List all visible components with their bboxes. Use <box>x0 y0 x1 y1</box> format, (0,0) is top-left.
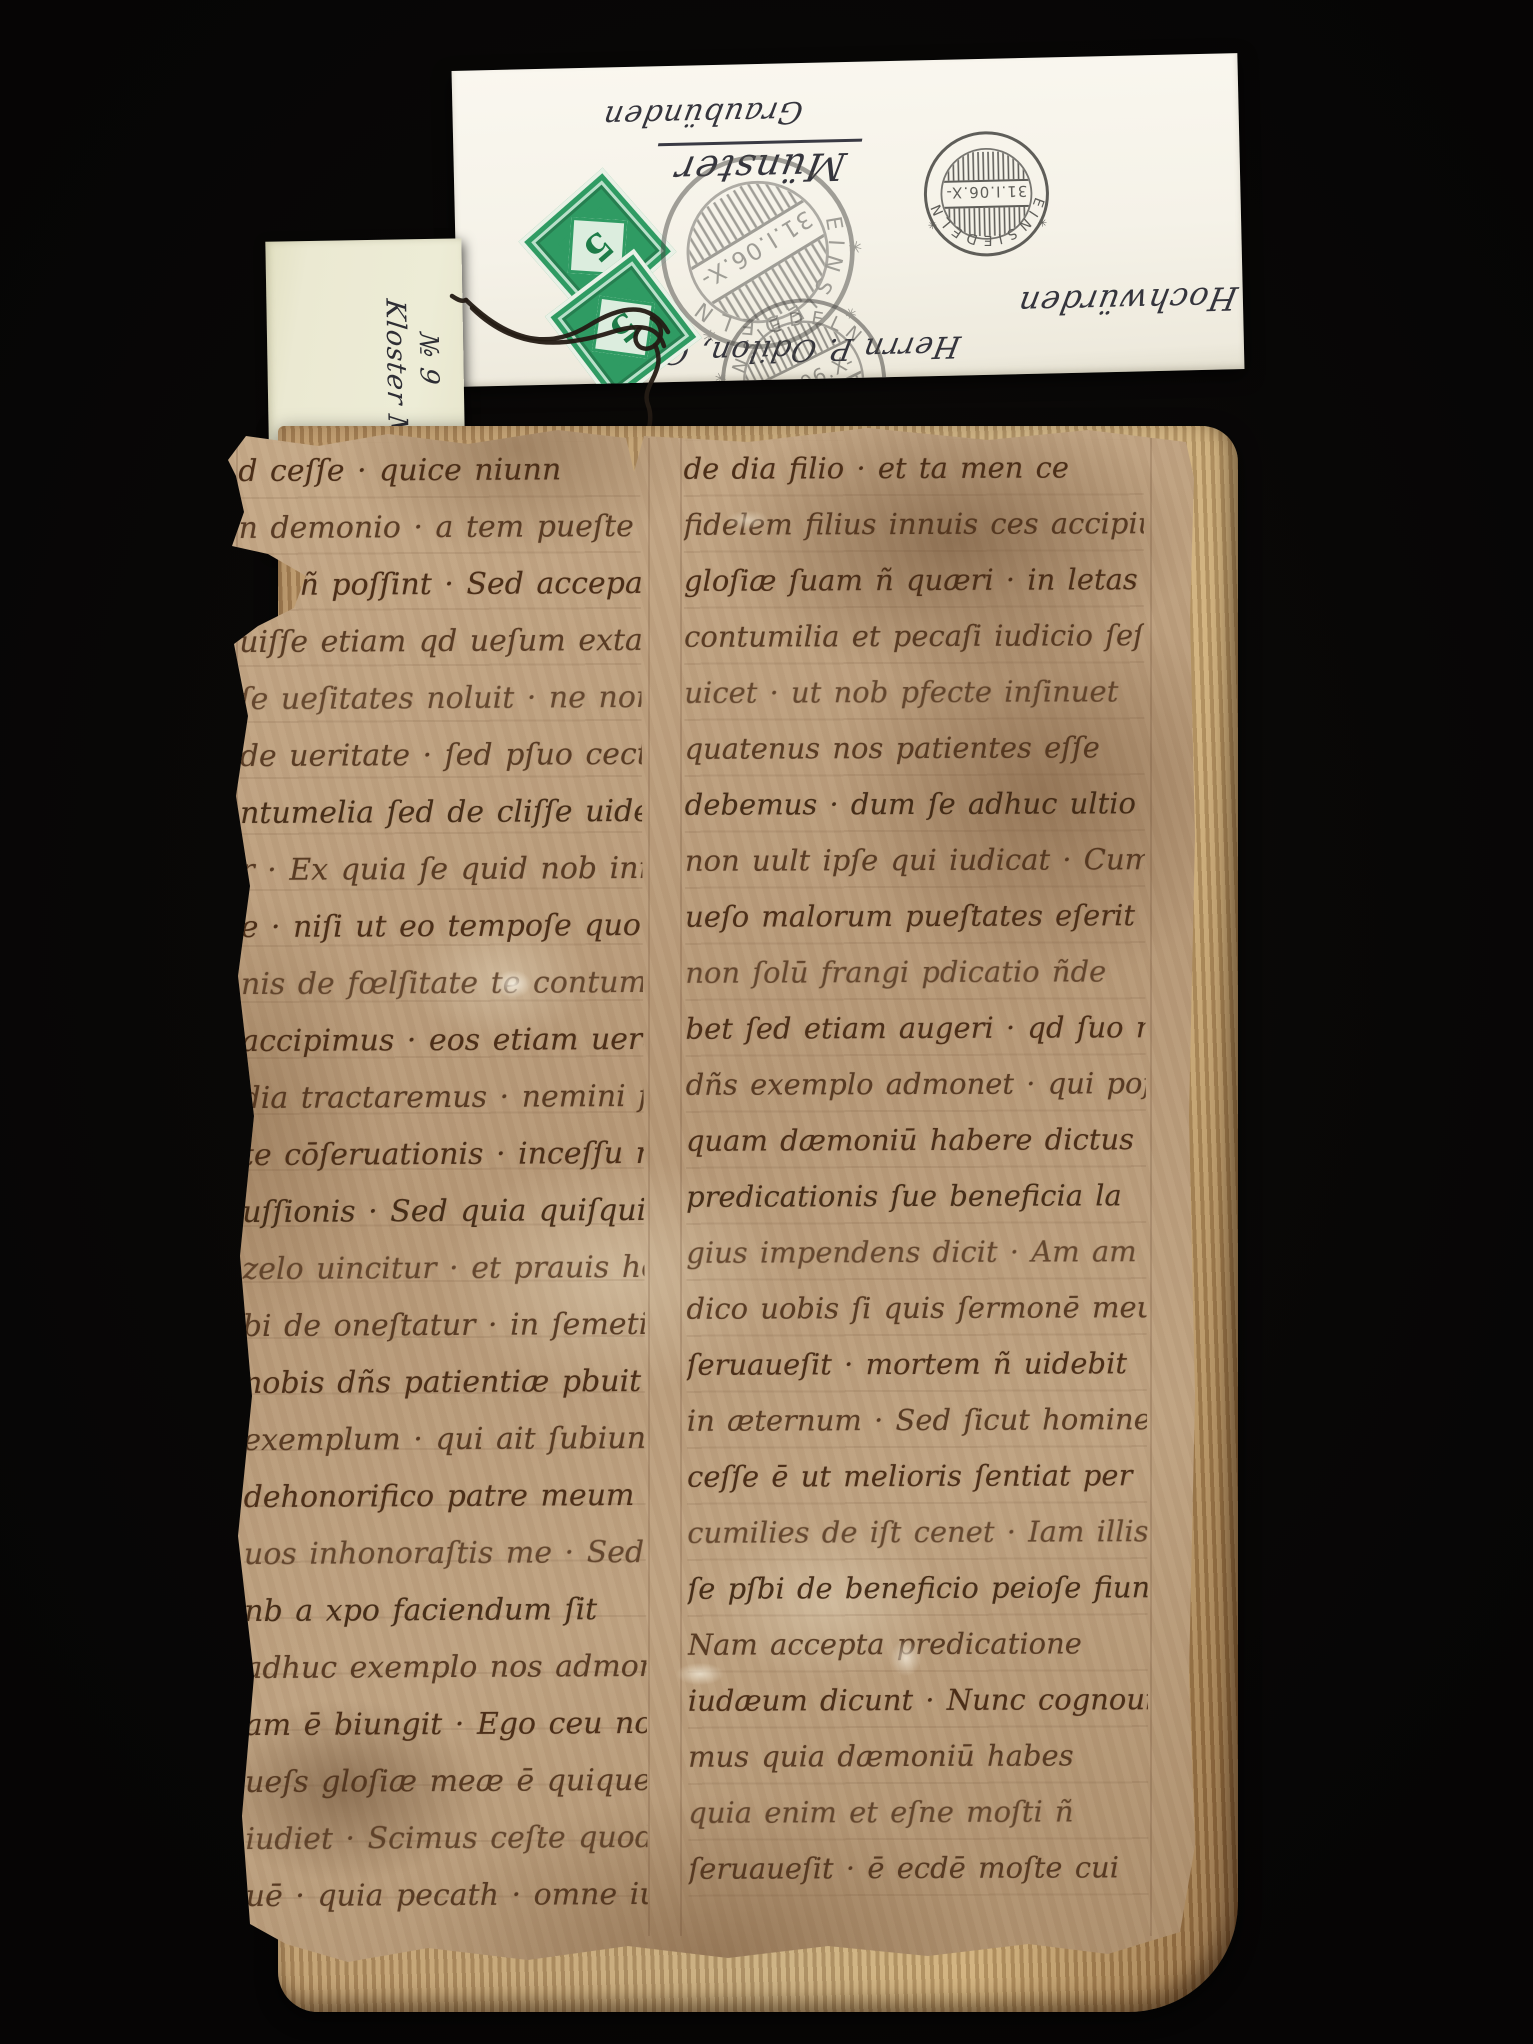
postmark-layer: 31.I.06.X- EINSIEDELN ✳ ✳ <box>452 53 1245 387</box>
manuscript-line: dñs exemplo admonet · qui poſt <box>686 1055 1146 1113</box>
manuscript-line: ceſſe ē ut melioris ſentiat per <box>687 1447 1147 1505</box>
manuscript-line: cumilies de iſt cenet · Iam illis <box>687 1503 1147 1561</box>
manuscript-line: dico uobis ſi quis ſermonē meum <box>686 1279 1146 1337</box>
manuscript-line: r · Ex quia ſe quid nob innuit <box>240 840 642 899</box>
ruling-line <box>680 438 682 1936</box>
manuscript-line: uos inhonoraſtis me · Sed quid <box>244 1524 646 1583</box>
manuscript-line: quia enim et eſne moſti ñ <box>688 1783 1148 1841</box>
manuscript-line: contumilia et pecaſi iudicio ſeſe <box>684 607 1144 665</box>
manuscript-page: d ceſſe · quice niunnn demonio · a tem p… <box>228 416 1258 2020</box>
manuscript-line: accipimus · eos etiam uera <box>241 1011 643 1070</box>
label-number: № 9 <box>413 331 444 387</box>
manuscript-line: n demonio · a tem pueſte do <box>238 498 640 557</box>
manuscript-line: dehonorifico patre meum et <box>243 1467 645 1526</box>
envelope: Hochwürden Herrn P. Odilon, O.Cap. Münst… <box>452 53 1245 387</box>
postmark-3 <box>924 131 1049 256</box>
manuscript-line: exemplum · qui ait ſubiungens <box>243 1410 645 1469</box>
manuscript-line: quam dæmoniū habere dictus ē <box>686 1111 1146 1169</box>
manuscript-line: nis de fœlſitate te contumili <box>241 954 643 1013</box>
parchment-leaf: d ceſſe · quice niunnn demonio · a tem p… <box>228 416 1196 1978</box>
manuscript-line: gius impendens dicit · Am am <box>686 1223 1146 1281</box>
manuscript-line: d ceſſe · quice niunn <box>238 441 640 500</box>
manuscript-line: ſeruaueſit · ē ecdē moſte cui <box>688 1839 1148 1897</box>
manuscript-line: de dia filio · et ta men ce <box>683 439 1143 497</box>
manuscript-line: uē · quia pecath · omne iudiciū <box>246 1866 648 1925</box>
text-column-left: d ceſſe · quice niunnn demonio · a tem p… <box>238 441 648 1925</box>
manuscript-line: fidelem filius innuis ces accipiū <box>684 495 1144 553</box>
text-column-right: de dia filio · et ta men cefidelem filiu… <box>683 439 1148 1897</box>
manuscript-line: iudæum dicunt · Nunc cognoui <box>688 1671 1148 1729</box>
manuscript-line: uicet · ut nob pfecte inſinuet <box>684 663 1144 721</box>
manuscript-line: bi de oneſtatur · in ſemetip <box>243 1296 645 1355</box>
manuscript-line: adhuc exemplo nos admonet <box>244 1638 646 1697</box>
manuscript-line: am ē biungit · Ego ceu non <box>245 1695 647 1754</box>
ruling-line <box>648 438 650 1936</box>
manuscript-line: ueſs gloſiæ meæ ē quique ſta <box>245 1752 647 1811</box>
manuscript-line: ſeruaueſit · mortem ñ uidebit <box>687 1335 1147 1393</box>
manuscript-line: in æternum · Sed ſicut homine <box>687 1391 1147 1449</box>
manuscript-line: mus quia dæmoniū habes <box>688 1727 1148 1785</box>
manuscript-line: debemus · dum ſe adhuc ultio <box>685 775 1145 833</box>
manuscript-line: ntumelia ſed de cliſſe uideſe <box>240 783 642 842</box>
manuscript-line: quatenus nos patientes eſſe <box>684 719 1144 777</box>
manuscript-line: non uult ipſe qui iudicat · Cum <box>685 831 1145 889</box>
manuscript-line: de ueritate · ſed pſuo cectus <box>240 726 642 785</box>
manuscript-line: bet ſed etiam augeri · qd ſuo nos <box>685 999 1145 1057</box>
ruling-line <box>236 438 238 1936</box>
manuscript-line: predicationis ſue beneficia la <box>686 1167 1146 1225</box>
manuscript-line: te cōſeruationis · inceſſu nec ueſta <box>242 1125 644 1184</box>
manuscript-line: e · niſi ut eo tempoſe quo ap <box>241 897 643 956</box>
manuscript-line: dia tractaremus · nemini ſteriū <box>241 1068 643 1127</box>
manuscript-line: non ſolū frangi pdicatio ñde <box>685 943 1145 1001</box>
manuscript-line: gloſiæ ſuam ñ quæri · in letas <box>684 551 1144 609</box>
manuscript-line: ſe ueſitates noluit · ne non di <box>239 669 641 728</box>
ruling-line <box>1150 438 1152 1936</box>
manuscript-line: Nam accepta predicatione <box>688 1615 1148 1673</box>
manuscript-line: zelo uincitur · et prauis homi <box>242 1239 644 1298</box>
manuscript-line: nobis dñs patientiæ pbuit <box>243 1353 645 1412</box>
manuscript-line: uſſionis · Sed quia quiſquis <box>242 1182 644 1241</box>
manuscript-line: nb a xpo faciendum ſit <box>244 1581 646 1640</box>
manuscript-line: iudiet · Scimus ceſte quodeſp <box>245 1809 647 1868</box>
manuscript-line: ueſo malorum pueſtates eſerit <box>685 887 1145 945</box>
manuscript-line: uiſſe etiam qd ueſum extat <box>239 612 641 671</box>
photograph-scene: Hochwürden Herrn P. Odilon, O.Cap. Münst… <box>0 0 1533 2044</box>
manuscript-line: ſe pſbi de beneficio peioſe fiunt <box>687 1559 1147 1617</box>
